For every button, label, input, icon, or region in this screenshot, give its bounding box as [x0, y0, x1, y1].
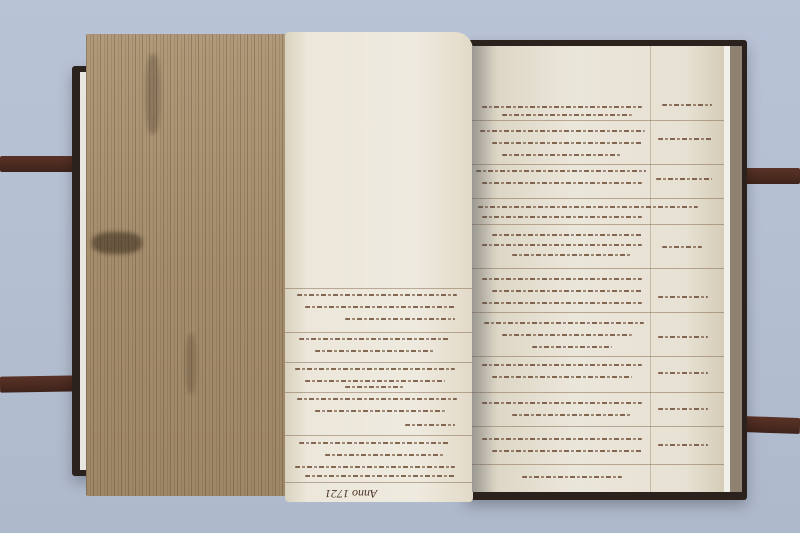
right-bottom-strap — [742, 416, 800, 434]
right-top-strap — [742, 168, 800, 184]
left-bottom-strap — [0, 375, 80, 392]
stain — [92, 232, 142, 254]
page-heading: Anno 1721 — [325, 486, 377, 501]
right-page — [472, 46, 724, 492]
stain — [146, 54, 160, 134]
page-edges-block — [86, 34, 286, 496]
right-board-edge — [730, 46, 742, 492]
gutter-shadow — [472, 46, 498, 492]
left-top-strap — [0, 156, 80, 172]
stain — [186, 334, 196, 394]
left-page: Anno 1721 — [285, 32, 473, 502]
